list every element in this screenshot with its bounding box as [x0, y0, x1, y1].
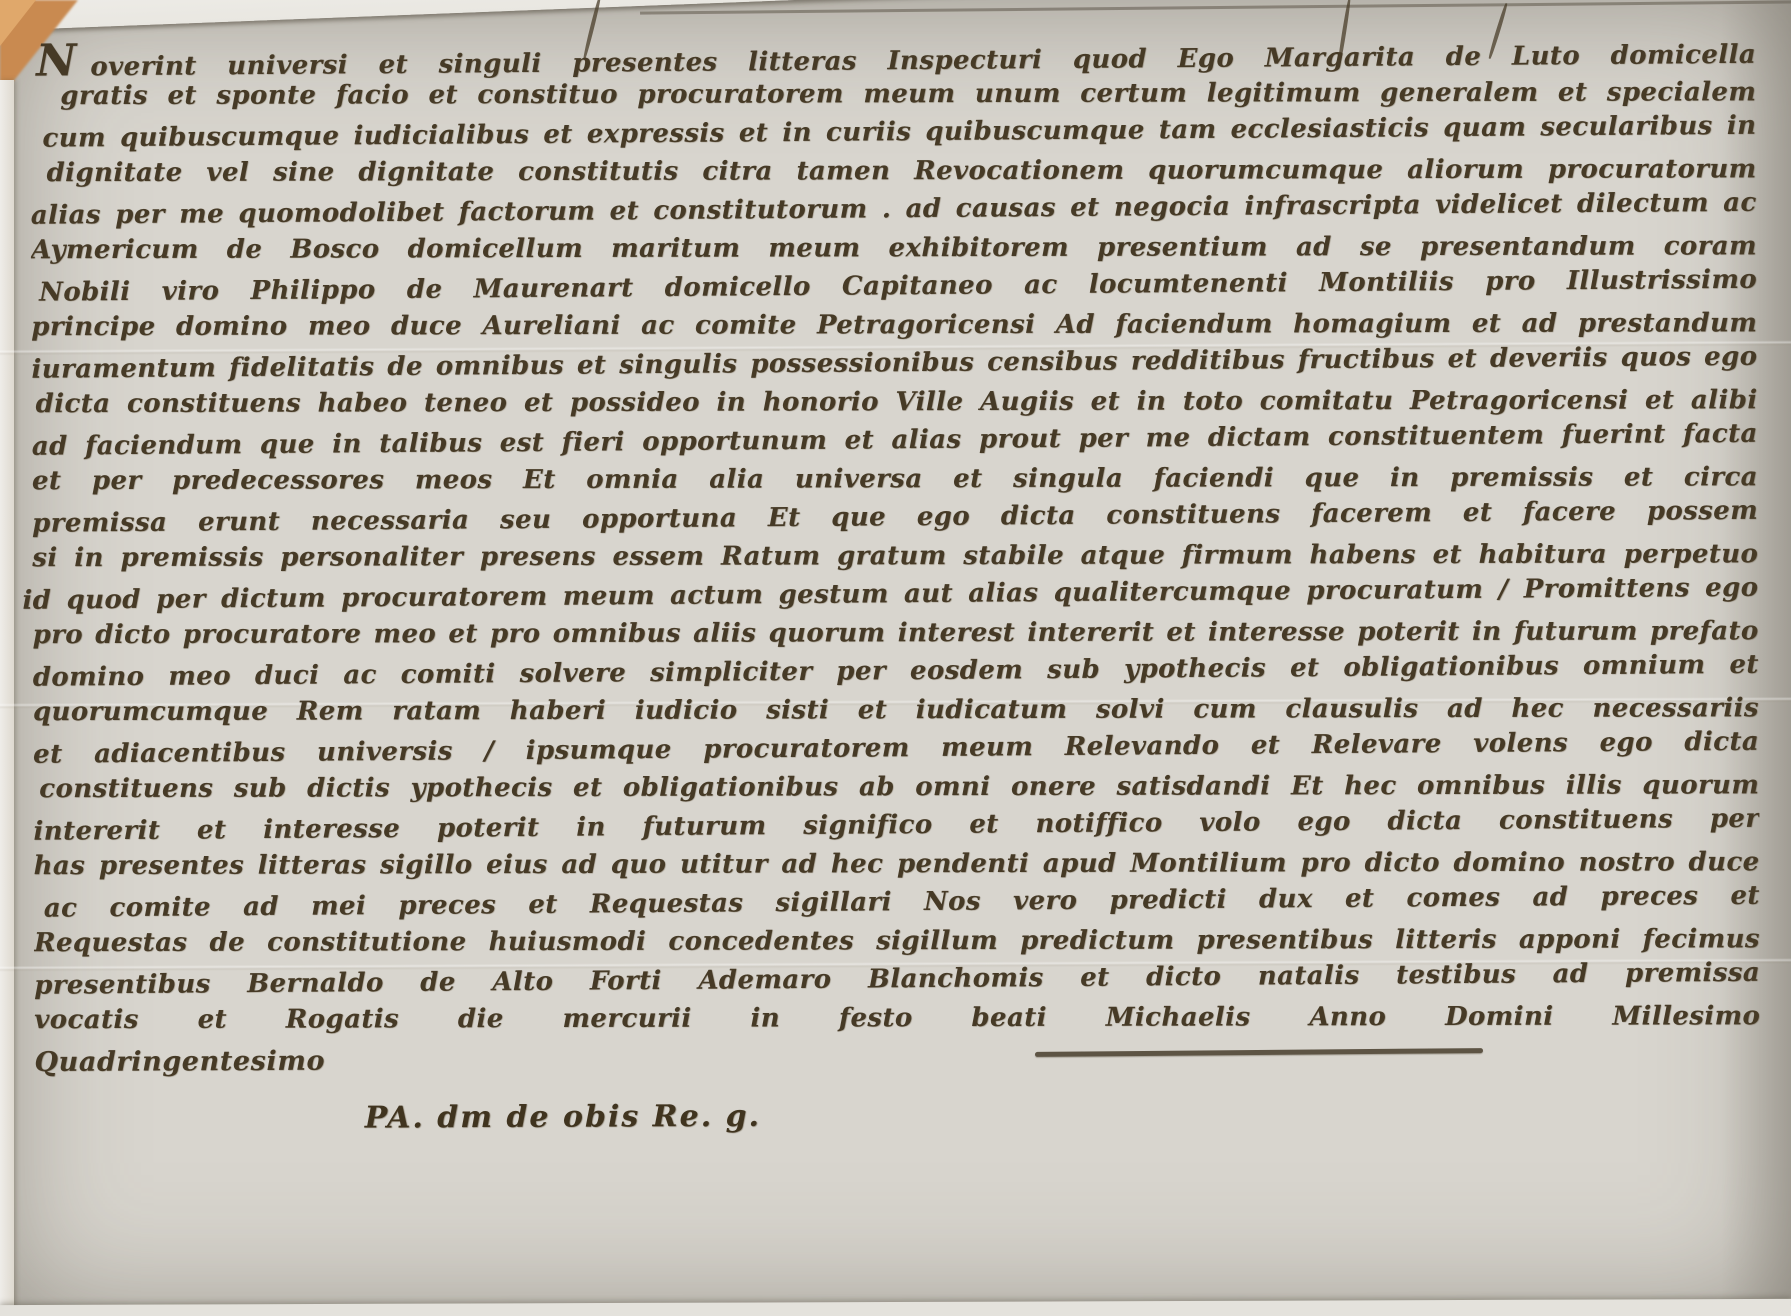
- parchment-bottom-edge: [0, 1299, 1791, 1316]
- manuscript-closing-line: Quadringentesimo: [34, 1035, 1760, 1083]
- manuscript-line: vocatis et Rogatis die mercurii in festo…: [34, 997, 1760, 1039]
- parchment-top-edge: [640, 0, 1791, 14]
- manuscript-text: Noverint universi et singuli presentes l…: [30, 32, 1761, 1141]
- parchment-left-edge: [0, 80, 14, 1316]
- scan-backing-strip: [0, 0, 1262, 32]
- notary-signature: PA. dm de obis Re. g.: [365, 1091, 1761, 1139]
- manuscript-photo: Noverint universi et singuli presentes l…: [0, 0, 1791, 1316]
